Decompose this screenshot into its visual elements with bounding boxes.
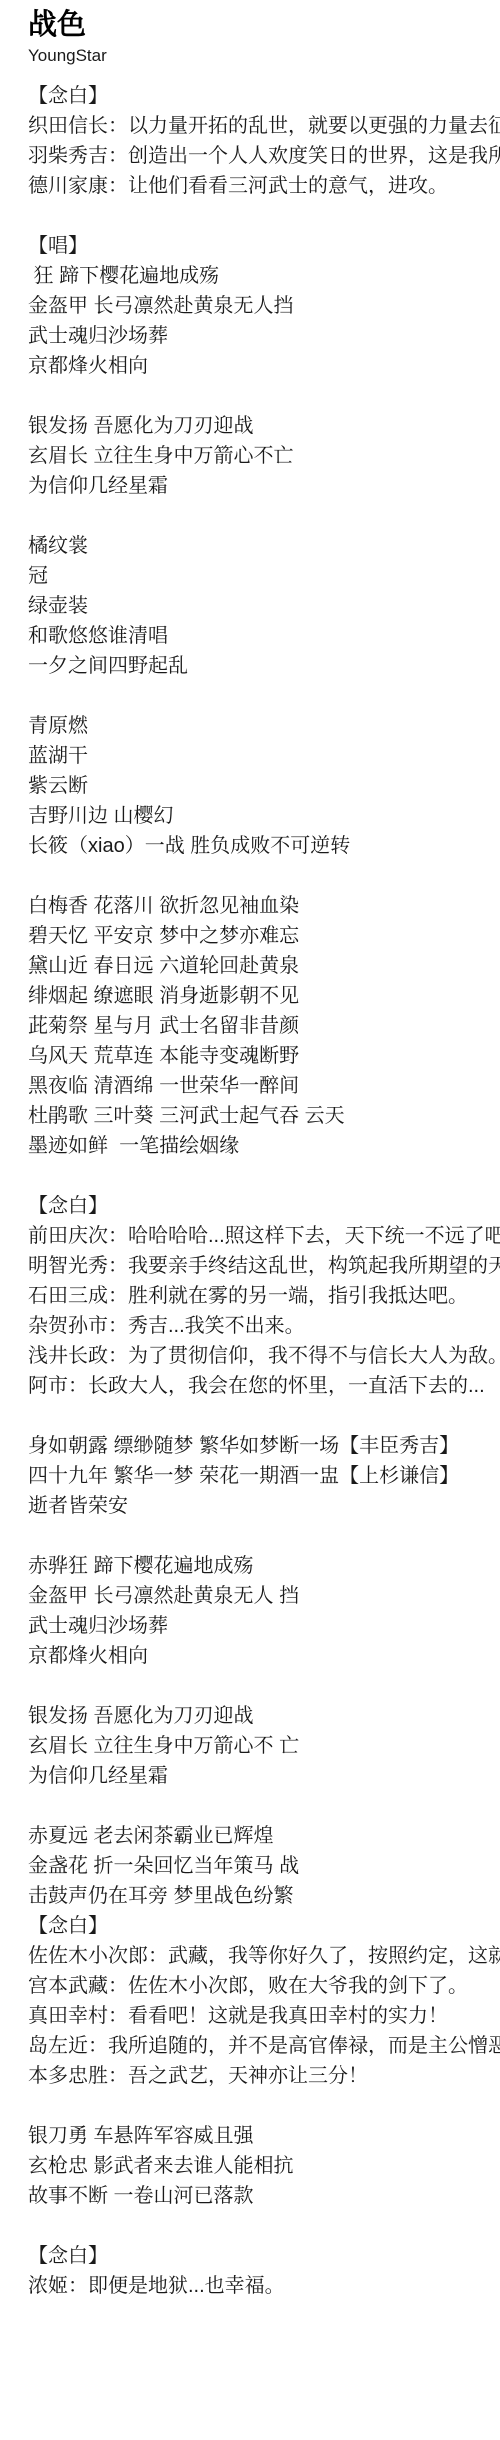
lyric-line: 【念白】 — [28, 1911, 500, 1941]
lyric-line: 武士魂归沙场葬 — [28, 1611, 500, 1641]
lyric-blank-line — [28, 1671, 500, 1701]
lyric-line: 乌风天 荒草连 本能寺变魂断野 — [28, 1041, 500, 1071]
lyric-line: 绿壶装 — [28, 591, 500, 621]
lyric-line: 杜鹃歌 三叶葵 三河武士起气吞 云天 — [28, 1101, 500, 1131]
lyric-blank-line — [28, 861, 500, 891]
lyric-line: 京都烽火相向 — [28, 351, 500, 381]
lyric-line: 【念白】 — [28, 2241, 500, 2271]
lyric-line: 宫本武藏：佐佐木小次郎，败在大爷我的剑下了。 — [28, 1971, 500, 2001]
lyric-blank-line — [28, 501, 500, 531]
lyric-line: 白梅香 花落川 欲折忽见袖血染 — [28, 891, 500, 921]
lyric-line: 阿市：长政大人，我会在您的怀里，一直活下去的... — [28, 1371, 500, 1401]
lyric-line: 玄眉长 立往生身中万箭心不亡 — [28, 441, 500, 471]
lyric-line: 银发扬 吾愿化为刀刃迎战 — [28, 411, 500, 441]
lyric-line: 浓姬：即便是地狱...也幸福。 — [28, 2271, 500, 2301]
lyric-line: 黑夜临 清酒绵 一世荣华一醉间 — [28, 1071, 500, 1101]
lyric-line: 德川家康：让他们看看三河武士的意气，进攻。 — [28, 171, 500, 201]
lyric-line: 赤夏远 老去闲茶霸业已辉煌 — [28, 1821, 500, 1851]
lyric-line: 四十九年 繁华一梦 荣花一期酒一盅【上杉谦信】 — [28, 1461, 500, 1491]
lyric-line: 羽柴秀吉：创造出一个人人欢度笑日的世界，这是我所 — [28, 141, 500, 171]
lyric-line: 为信仰几经星霜 — [28, 471, 500, 501]
lyric-line: 冠 — [28, 561, 500, 591]
lyric-line: 和歌悠悠谁清唱 — [28, 621, 500, 651]
lyric-line: 玄枪忠 影武者来去谁人能相抗 — [28, 2151, 500, 2181]
lyric-line: 浅井长政：为了贯彻信仰，我不得不与信长大人为敌。 — [28, 1341, 500, 1371]
lyric-blank-line — [28, 1791, 500, 1821]
lyric-line: 佐佐木小次郎：武藏，我等你好久了，按照约定，这就 — [28, 1941, 500, 1971]
lyric-line: 狂 蹄下樱花遍地成殇 — [28, 261, 500, 291]
lyric-line: 真田幸村：看看吧！这就是我真田幸村的实力！ — [28, 2001, 500, 2031]
lyric-line: 织田信长：以力量开拓的乱世，就要以更强的力量去征 — [28, 111, 500, 141]
lyric-blank-line — [28, 381, 500, 411]
artist-name: YoungStar — [28, 44, 500, 68]
lyric-blank-line — [28, 1401, 500, 1431]
lyric-line: 杂贺孙市：秀吉...我笑不出来。 — [28, 1311, 500, 1341]
lyric-blank-line — [28, 1521, 500, 1551]
lyric-line: 金盏花 折一朵回忆当年策马 战 — [28, 1851, 500, 1881]
lyric-line: 黛山近 春日远 六道轮回赴黄泉 — [28, 951, 500, 981]
lyric-line: 岛左近：我所追随的，并不是高官俸禄，而是主公憎恶 — [28, 2031, 500, 2061]
lyric-line: 金盔甲 长弓凛然赴黄泉无人挡 — [28, 291, 500, 321]
lyric-line: 一夕之间四野起乱 — [28, 651, 500, 681]
lyric-line: 银刀勇 车悬阵军容威且强 — [28, 2121, 500, 2151]
lyric-line: 青原燃 — [28, 711, 500, 741]
lyric-line: 【念白】 — [28, 81, 500, 111]
page-title: 战色 — [28, 6, 500, 44]
lyrics-body: 【念白】织田信长：以力量开拓的乱世，就要以更强的力量去征羽柴秀吉：创造出一个人人… — [28, 81, 500, 2301]
lyric-line: 京都烽火相向 — [28, 1641, 500, 1671]
lyric-blank-line — [28, 681, 500, 711]
lyric-line: 逝者皆荣安 — [28, 1491, 500, 1521]
lyric-line: 武士魂归沙场葬 — [28, 321, 500, 351]
lyric-line: 明智光秀：我要亲手终结这乱世，构筑起我所期望的天 — [28, 1251, 500, 1281]
lyric-line: 金盔甲 长弓凛然赴黄泉无人 挡 — [28, 1581, 500, 1611]
lyric-line: 绯烟起 缭遮眼 消身逝影朝不见 — [28, 981, 500, 1011]
lyric-line: 为信仰几经星霜 — [28, 1761, 500, 1791]
lyric-line: 前田庆次：哈哈哈哈...照这样下去，天下统一不远了吧 — [28, 1221, 500, 1251]
lyric-blank-line — [28, 1161, 500, 1191]
lyric-line: 击鼓声仍在耳旁 梦里战色纷繁 — [28, 1881, 500, 1911]
lyric-blank-line — [28, 2091, 500, 2121]
lyrics-page: 战色 YoungStar 【念白】织田信长：以力量开拓的乱世，就要以更强的力量去… — [0, 0, 500, 2301]
lyric-line: 蓝湖干 — [28, 741, 500, 771]
lyric-line: 银发扬 吾愿化为刀刃迎战 — [28, 1701, 500, 1731]
lyric-line: 墨迹如鲜 一笔描绘姻缘 — [28, 1131, 500, 1161]
lyric-line: 本多忠胜：吾之武艺，天神亦让三分！ — [28, 2061, 500, 2091]
lyric-line: 玄眉长 立往生身中万箭心不 亡 — [28, 1731, 500, 1761]
lyric-blank-line — [28, 2211, 500, 2241]
lyric-line: 长筱（xiao）一战 胜负成败不可逆转 — [28, 831, 500, 861]
lyric-line: 碧天忆 平安京 梦中之梦亦难忘 — [28, 921, 500, 951]
lyric-line: 赤骅狂 蹄下樱花遍地成殇 — [28, 1551, 500, 1581]
lyric-line: 【念白】 — [28, 1191, 500, 1221]
lyric-line: 橘纹裳 — [28, 531, 500, 561]
lyric-line: 【唱】 — [28, 231, 500, 261]
lyric-line: 石田三成：胜利就在雾的另一端，指引我抵达吧。 — [28, 1281, 500, 1311]
lyric-line: 茈菊祭 星与月 武士名留非昔颜 — [28, 1011, 500, 1041]
lyric-line: 身如朝露 缥缈随梦 繁华如梦断一场【丰臣秀吉】 — [28, 1431, 500, 1461]
lyric-line: 紫云断 — [28, 771, 500, 801]
lyric-line: 故事不断 一卷山河已落款 — [28, 2181, 500, 2211]
lyric-line: 吉野川边 山樱幻 — [28, 801, 500, 831]
lyric-blank-line — [28, 201, 500, 231]
